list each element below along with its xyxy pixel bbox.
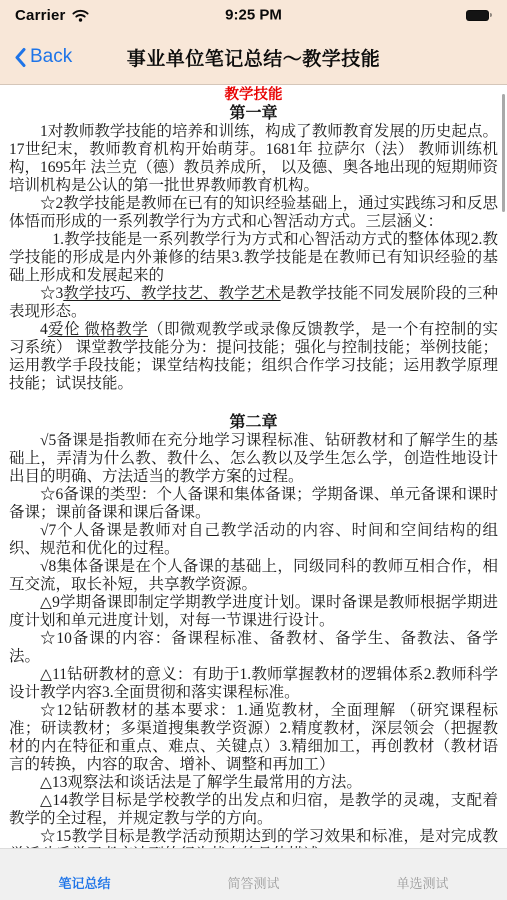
note-paragraph: ☆15教学目标是教学活动预期达到的学习效果和标准，是对完成教学活动后学习者应达到…	[9, 828, 498, 848]
note-paragraph: 4爱伦 微格教学（即微观教学或录像反馈教学，是一个有控制的实习系统） 课堂教学技…	[9, 321, 498, 393]
clock-time: 9:25 PM	[225, 7, 282, 24]
chapter-heading: 第二章	[9, 413, 498, 432]
note-paragraph: √5备课是指教师在充分地学习课程标准、钻研教材和了解学生的基础上，弄清为什么教、…	[9, 432, 498, 486]
battery-tip	[490, 13, 492, 17]
wifi-icon	[72, 9, 89, 22]
note-paragraph: ☆10备课的内容：备课程标准、备教材、备学生、备教法、备学法。	[9, 630, 498, 666]
note-paragraph: △9学期备课即制定学期教学进度计划。课时备课是教师根据学期进度计划和单元进度计划…	[9, 594, 498, 630]
notes-sections: 第一章1对教师教学技能的培养和训练，构成了教师教育发展的历史起点。17世纪末，教…	[9, 104, 498, 848]
note-text: √8集体备课是在个人备课的基础上，同级同科的教师互相合作，相互交流，取长补短，共…	[9, 558, 498, 593]
tab-label: 笔记总结	[58, 873, 110, 892]
status-bar: Carrier 9:25 PM	[0, 0, 507, 30]
back-button[interactable]: Back	[10, 44, 76, 70]
tab-short-answer-quiz[interactable]: 简答测试	[169, 849, 338, 900]
note-text: ☆2教学技能是教师在已有的知识经验基础上，通过实践练习和反思体悟而形成的一系列教…	[9, 195, 498, 230]
note-text: ☆15教学目标是教学活动预期达到的学习效果和标准，是对完成教学活动后学习者应达到…	[9, 828, 498, 848]
status-left: Carrier	[15, 7, 89, 24]
note-paragraph: 1对教师教学技能的培养和训练，构成了教师教育发展的历史起点。17世纪末，教师教育…	[9, 123, 498, 195]
chapter-section: 第一章1对教师教学技能的培养和训练，构成了教师教育发展的历史起点。17世纪末，教…	[9, 104, 498, 393]
app-screen: Carrier 9:25 PM Back 事业单位笔记总结	[0, 0, 507, 900]
note-paragraph: ☆2教学技能是教师在已有的知识经验基础上，通过实践练习和反思体悟而形成的一系列教…	[9, 195, 498, 231]
note-text: △11钻研教材的意义：有助于1.教师掌握教材的逻辑体系2.教师科学设计教学内容3…	[9, 666, 498, 701]
back-label: Back	[30, 46, 72, 68]
note-text: ☆12钻研教材的基本要求：1.通览教材，全面理解 （研究课程标准；研读教材；多渠…	[9, 702, 498, 773]
notes-topic-title: 教学技能	[9, 87, 498, 104]
underlined-term: 教学技巧、教学技艺、教学艺术	[63, 285, 280, 302]
tab-label: 简答测试	[227, 873, 279, 892]
note-paragraph: √8集体备课是在个人备课的基础上，同级同科的教师互相合作，相互交流，取长补短，共…	[9, 558, 498, 594]
nav-bar: Back 事业单位笔记总结～教学技能	[0, 30, 507, 85]
note-paragraph: √7个人备课是教师对自己教学活动的内容、时间和空间结构的组织、规范和优化的过程。	[9, 522, 498, 558]
notes-content[interactable]: 教学技能 第一章1对教师教学技能的培养和训练，构成了教师教育发展的历史起点。17…	[0, 85, 507, 848]
note-paragraph: ☆6备课的类型：个人备课和集体备课；学期备课、单元备课和课时备课；课前备课和课后…	[9, 486, 498, 522]
note-paragraph: ☆3教学技巧、教学技艺、教学艺术是教学技能不同发展阶段的三种表现形态。	[9, 285, 498, 321]
note-text: △9学期备课即制定学期教学进度计划。课时备课是教师根据学期进度计划和单元进度计划…	[9, 594, 498, 629]
note-text: 1对教师教学技能的培养和训练，构成了教师教育发展的历史起点。17世纪末，教师教育…	[9, 123, 498, 194]
battery-body	[466, 10, 489, 21]
chevron-left-icon	[14, 47, 26, 68]
tab-label: 单选测试	[396, 873, 448, 892]
note-text: 1.教学技能是一系列教学行为方式和心智活动方式的整体体现2.教学技能的形成是内外…	[9, 231, 498, 284]
note-text: ☆10备课的内容：备课程标准、备教材、备学生、备教法、备学法。	[9, 630, 498, 665]
note-paragraph: 1.教学技能是一系列教学行为方式和心智活动方式的整体体现2.教学技能的形成是内外…	[9, 231, 498, 285]
underlined-term: 爱伦 微格教学	[48, 321, 148, 338]
battery-icon	[466, 10, 492, 21]
note-text: ☆3	[40, 285, 63, 302]
tab-multiple-choice-quiz[interactable]: 单选测试	[338, 849, 507, 900]
note-paragraph: △13观察法和谈话法是了解学生最常用的方法。	[9, 774, 498, 792]
note-text: △13观察法和谈话法是了解学生最常用的方法。	[40, 774, 362, 791]
chapter-section: 第二章√5备课是指教师在充分地学习课程标准、钻研教材和了解学生的基础上，弄清为什…	[9, 413, 498, 848]
note-text: √5备课是指教师在充分地学习课程标准、钻研教材和了解学生的基础上，弄清为什么教、…	[9, 432, 498, 485]
scrollbar-thumb[interactable]	[502, 94, 505, 212]
note-paragraph: ☆12钻研教材的基本要求：1.通览教材，全面理解 （研究课程标准；研读教材；多渠…	[9, 702, 498, 774]
note-paragraph: △14教学目标是学校教学的出发点和归宿，是教学的灵魂，支配着教学的全过程，并规定…	[9, 792, 498, 828]
note-text: √7个人备课是教师对自己教学活动的内容、时间和空间结构的组织、规范和优化的过程。	[9, 522, 498, 557]
note-text: ☆6备课的类型：个人备课和集体备课；学期备课、单元备课和课时备课；课前备课和课后…	[9, 486, 498, 521]
note-text: △14教学目标是学校教学的出发点和归宿，是教学的灵魂，支配着教学的全过程，并规定…	[9, 792, 498, 827]
chapter-heading: 第一章	[9, 104, 498, 123]
note-text: 4	[40, 321, 48, 338]
tab-bar: 笔记总结简答测试单选测试	[0, 848, 507, 900]
tab-notes-summary[interactable]: 笔记总结	[0, 849, 169, 900]
page-title: 事业单位笔记总结～教学技能	[127, 44, 381, 71]
note-paragraph: △11钻研教材的意义：有助于1.教师掌握教材的逻辑体系2.教师科学设计教学内容3…	[9, 666, 498, 702]
carrier-label: Carrier	[15, 7, 66, 24]
